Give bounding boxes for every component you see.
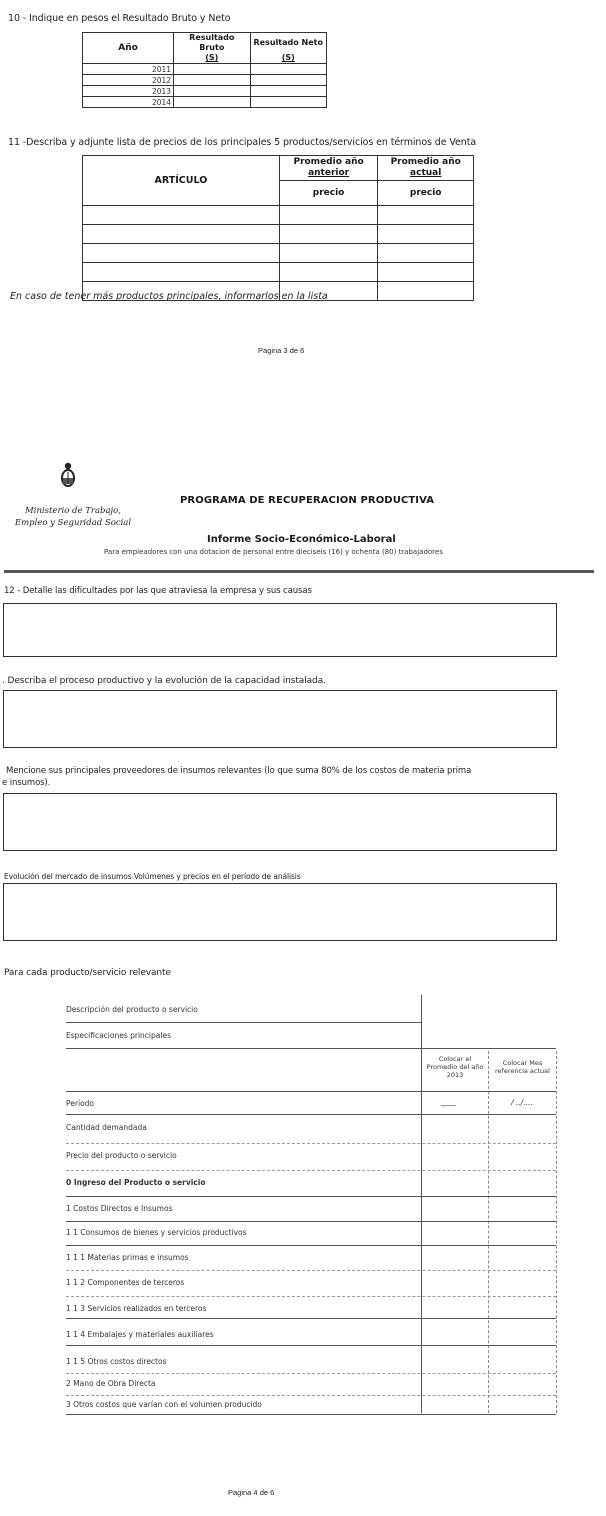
table-row: [83, 206, 474, 225]
ministry-name: Ministerio de Trabajo, Empleo y Segurida…: [8, 505, 138, 529]
row-divider: [66, 1114, 556, 1115]
row-divider: [66, 1048, 556, 1049]
row-divider: [66, 1221, 556, 1222]
row-goods-services-consumption: 1 1 Consumos de bienes y servicios produ…: [66, 1228, 247, 1237]
current-month-header-line2: referencia actual: [495, 1067, 550, 1075]
period-avg-value[interactable]: ____: [441, 1097, 456, 1106]
row-product-price: Precio del producto o servicio: [66, 1151, 177, 1160]
row-direct-labor: 2 Mano de Obra Directa: [66, 1379, 156, 1388]
results-table: Año Resultado Bruto Resultado Neto (S) (…: [82, 32, 327, 108]
article-input[interactable]: [83, 225, 280, 244]
year-header: Año: [83, 33, 174, 64]
ministry-line1: Ministerio de Trabajo,: [25, 506, 121, 516]
table-row: 2014: [83, 97, 327, 108]
prev-price-input[interactable]: [279, 263, 378, 282]
net-result-header: Resultado Neto: [250, 33, 326, 54]
column-divider: [556, 1051, 557, 1413]
table-row: 2012: [83, 75, 327, 86]
article-header: ARTÍCULO: [83, 156, 280, 206]
suppliers-question-title-line1: Mencione sus principales proveedores de …: [6, 766, 471, 776]
gross-currency-label: (S): [174, 53, 250, 64]
column-divider: [488, 1051, 489, 1413]
specs-label: Especificaciones principales: [66, 1031, 171, 1040]
row-quantity-demanded: Cantidad demandada: [66, 1123, 147, 1132]
curr-price-input[interactable]: [378, 244, 474, 263]
gross-result-header: Resultado Bruto: [174, 33, 250, 54]
row-divider: [66, 1296, 556, 1297]
table-row: [83, 244, 474, 263]
row-divider: [66, 1091, 556, 1092]
more-products-note: En caso de tener más productos principal…: [10, 291, 328, 302]
row-divider: [66, 1414, 556, 1415]
year-cell: 2012: [83, 75, 174, 86]
prev-price-input[interactable]: [279, 225, 378, 244]
row-other-direct-costs: 1 1 5 Otros costos directos: [66, 1357, 167, 1366]
avg-2013-header: Colocar el Promedio del año 2013: [422, 1055, 488, 1079]
market-textarea[interactable]: [3, 883, 557, 941]
prev-avg-header-line2: anterior: [308, 168, 349, 178]
article-input[interactable]: [83, 244, 280, 263]
table-row: [83, 225, 474, 244]
q11-title: 11 -Describa y adjunte lista de precios …: [8, 137, 476, 148]
price-list-table: ARTÍCULO Promedio año anterior Promedio …: [82, 155, 474, 301]
page-number: Pagina 4 de 6: [228, 1488, 274, 1497]
table-row: [83, 263, 474, 282]
description-label: Descripción del producto o servicio: [66, 1005, 198, 1014]
gross-result-input[interactable]: [174, 97, 250, 108]
gross-result-input[interactable]: [174, 75, 250, 86]
current-month-header: Colocar Mes referencia actual: [489, 1059, 556, 1075]
row-raw-materials: 1 1 1 Materias primas e insumos: [66, 1253, 189, 1262]
coat-of-arms-icon: [58, 462, 78, 490]
prev-price-input[interactable]: [279, 206, 378, 225]
report-title: Informe Socio-Económico-Laboral: [207, 534, 396, 545]
article-input[interactable]: [83, 263, 280, 282]
market-question-title: Evolución del mercado de insumos Volúmen…: [4, 872, 301, 881]
period-label: Período: [66, 1099, 94, 1108]
row-divider: [66, 1395, 556, 1396]
row-packaging: 1 1 4 Embalajes y materiales auxiliares: [66, 1330, 214, 1339]
row-divider: [66, 1245, 556, 1246]
net-result-input[interactable]: [250, 97, 326, 108]
table-row: 2013: [83, 86, 327, 97]
row-divider: [66, 1022, 421, 1023]
net-result-input[interactable]: [250, 86, 326, 97]
suppliers-textarea[interactable]: [3, 793, 557, 851]
per-product-title: Para cada producto/servicio relevante: [4, 968, 171, 978]
row-other-variable-costs: 3 Otros costos que varían con el volumen…: [66, 1400, 262, 1409]
process-question-title: . Describa el proceso productivo y la ev…: [2, 676, 326, 686]
curr-avg-header-line2: actual: [410, 168, 441, 178]
row-divider: [66, 1373, 556, 1374]
row-third-party-components: 1 1 2 Componentes de terceros: [66, 1278, 184, 1287]
row-product-income: 0 Ingreso del Producto o servicio: [66, 1178, 205, 1187]
ministry-line2: Empleo y Seguridad Social: [15, 518, 131, 528]
suppliers-question-title-line2: e insumos).: [2, 778, 50, 788]
period-month-value[interactable]: / ../....: [511, 1098, 533, 1107]
avg-2013-header-line1: Colocar el: [439, 1055, 471, 1063]
curr-price-input[interactable]: [378, 206, 474, 225]
row-divider: [66, 1170, 556, 1171]
row-third-party-services: 1 1 3 Servicios realizados en terceros: [66, 1304, 206, 1313]
row-divider: [66, 1270, 556, 1271]
q12-title: 12 - Detalle las dificultades por las qu…: [4, 586, 312, 596]
avg-2013-header-line3: 2013: [447, 1071, 464, 1079]
article-input[interactable]: [83, 206, 280, 225]
header-divider: [4, 570, 594, 573]
year-cell: 2011: [83, 64, 174, 75]
gross-result-input[interactable]: [174, 86, 250, 97]
q10-title: 10 - Indique en pesos el Resultado Bruto…: [8, 13, 230, 24]
row-divider: [66, 1196, 556, 1197]
report-subtitle: Para empleadores con una dotacion de per…: [104, 548, 443, 556]
net-result-input[interactable]: [250, 75, 326, 86]
difficulties-textarea[interactable]: [3, 603, 557, 657]
year-cell: 2014: [83, 97, 174, 108]
row-divider: [66, 1143, 556, 1144]
program-title: PROGRAMA DE RECUPERACION PRODUCTIVA: [180, 495, 434, 506]
current-month-header-line1: Colocar Mes: [503, 1059, 543, 1067]
curr-price-input[interactable]: [378, 282, 474, 301]
curr-price-header: precio: [378, 181, 474, 206]
net-currency-label: (S): [250, 53, 326, 64]
prev-avg-header-line1: Promedio año: [293, 157, 363, 167]
row-divider: [66, 1318, 556, 1319]
prev-avg-header: Promedio año anterior: [279, 156, 378, 181]
curr-price-input[interactable]: [378, 225, 474, 244]
process-textarea[interactable]: [3, 690, 557, 748]
gross-result-input[interactable]: [174, 64, 250, 75]
prev-price-header: precio: [279, 181, 378, 206]
curr-avg-header: Promedio año actual: [378, 156, 474, 181]
page-number: Pagina 3 de 6: [258, 346, 304, 355]
row-direct-costs: 1 Costos Directos e Insumos: [66, 1204, 172, 1213]
table-row: 2011: [83, 64, 327, 75]
avg-2013-header-line2: Promedio del año: [427, 1063, 484, 1071]
year-cell: 2013: [83, 86, 174, 97]
prev-price-input[interactable]: [279, 244, 378, 263]
row-divider: [66, 1345, 556, 1346]
curr-avg-header-line1: Promedio año: [391, 157, 461, 167]
curr-price-input[interactable]: [378, 263, 474, 282]
net-result-input[interactable]: [250, 64, 326, 75]
